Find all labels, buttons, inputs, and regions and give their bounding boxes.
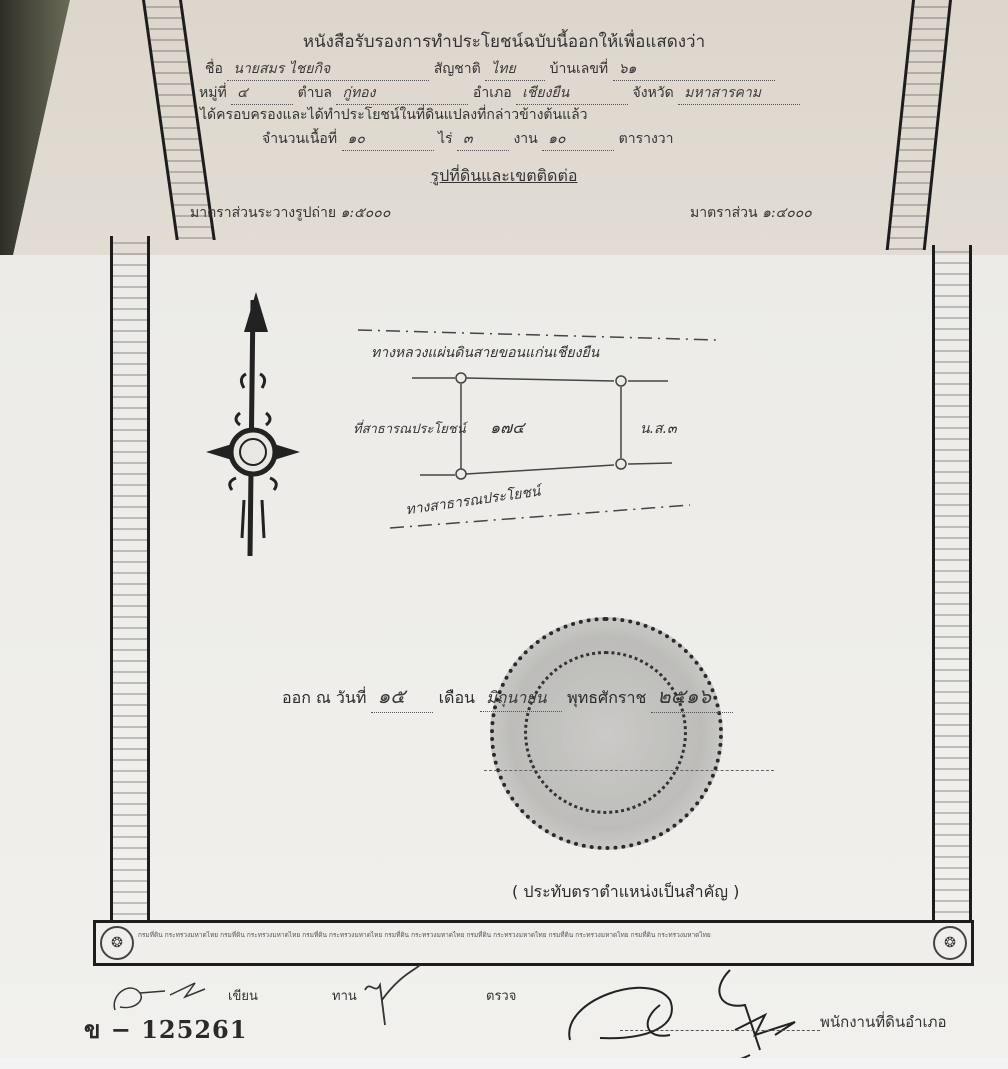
month-label: เดือน: [439, 688, 475, 707]
scale-photo-label: มาตราส่วนระวางรูปถ่าย: [190, 205, 336, 221]
garuda-seal-icon: ❂: [933, 926, 967, 960]
address-row: หมู่ที่ ๔ ตำบล กู่ทอง อำเภอ เชียงยืน จัง…: [199, 82, 800, 105]
moo-value: ๔: [231, 82, 293, 105]
possession-text: ได้ครอบครองและได้ทำประโยชน์ในที่ดินแปลงท…: [200, 104, 588, 126]
house-no-label: บ้านเลขที่: [550, 61, 608, 77]
tambon-value: กู่ทอง: [336, 82, 468, 105]
security-text: กรมที่ดิน กระทรวงมหาดไทย กรมที่ดิน กระทร…: [138, 929, 929, 942]
name-label: ชื่อ: [205, 61, 223, 77]
document-serial-number: ข − 125261: [84, 1010, 247, 1049]
officer-signature-icon: [560, 960, 830, 1069]
day-value: ๑๕: [371, 680, 433, 713]
province-value: มหาสารคาม: [678, 82, 800, 105]
official-seal-stamp: [490, 617, 723, 850]
owner-row: ชื่อ นายสมร ไชยกิจ สัญชาติ ไทย บ้านเลขที…: [205, 58, 775, 81]
rai-label: ไร่: [438, 131, 453, 147]
scale-photo-value: ๑:๕๐๐๐: [341, 205, 391, 221]
rai-value: ๑๐: [342, 128, 434, 151]
nationality-label: สัญชาติ: [434, 61, 481, 77]
document-heading: หนังสือรับรองการทำประโยชน์ฉบับนี้ออกให้เ…: [0, 28, 1008, 55]
writer-signature-icon: [110, 975, 210, 1015]
garuda-seal-icon: ❂: [100, 926, 134, 960]
ngan-label: งาน: [513, 131, 537, 147]
map-title: รูปที่ดินและเขตติดต่อ: [0, 164, 1008, 189]
wa-value: ๑๐: [542, 128, 614, 151]
amphoe-label: อำเภอ: [473, 85, 512, 101]
tambon-label: ตำบล: [298, 85, 332, 101]
signature-line: [484, 770, 774, 771]
checker-label: ทาน: [332, 985, 357, 1006]
scale-label: มาตราส่วน: [690, 205, 758, 221]
security-border-left: [110, 236, 150, 926]
officer-title: พนักงานที่ดินอำเภอ: [820, 1010, 947, 1034]
province-label: จังหวัด: [633, 85, 674, 101]
scale-photo: มาตราส่วนระวางรูปถ่าย ๑:๕๐๐๐: [190, 202, 390, 224]
moo-label: หมู่ที่: [199, 85, 227, 101]
amphoe-value: เชียงยืน: [516, 82, 628, 105]
security-border-bottom: ❂ กรมที่ดิน กระทรวงมหาดไทย กรมที่ดิน กระ…: [93, 920, 974, 966]
issuance-row: ออก ณ วันที่ ๑๕ เดือน มิถุนายน พุทธศักรา…: [282, 680, 733, 713]
border-line: [132, 920, 935, 923]
parcel-number: ๑๗๔: [490, 416, 524, 441]
security-border-right: [932, 245, 972, 925]
nationality-value: ไทย: [485, 58, 545, 81]
ngan-value: ๓: [457, 128, 509, 151]
west-boundary-label: ที่สาธารณประโยชน์: [353, 418, 466, 439]
north-road-label: ทางหลวงแผ่นดินสายขอนแก่นเชียงยืน: [371, 342, 599, 364]
issued-label: ออก ณ วันที่: [282, 688, 366, 707]
officer-signature-line: [620, 1030, 820, 1031]
name-value: นายสมร ไชยกิจ: [227, 58, 429, 81]
checker-signature-icon: [360, 965, 430, 1035]
area-row: จำนวนเนื้อที่ ๑๐ ไร่ ๓ งาน ๑๐ ตารางวา: [262, 128, 674, 151]
bottom-edge: [0, 1058, 1008, 1069]
scale-value: ๑:๔๐๐๐: [762, 205, 812, 221]
year-label: พุทธศักราช: [567, 688, 646, 707]
scale: มาตราส่วน ๑:๔๐๐๐: [690, 202, 812, 224]
writer-label: เขียน: [228, 985, 258, 1006]
year-value: ๒๕๑๖: [651, 680, 733, 713]
verifier-label: ตรวจ: [486, 985, 516, 1006]
area-label: จำนวนเนื้อที่: [262, 131, 337, 147]
seal-inner-ring: [524, 651, 687, 814]
wa-label: ตารางวา: [619, 131, 674, 147]
stamp-caption: ( ประทับตราตำแหน่งเป็นสำคัญ ): [512, 880, 739, 905]
east-boundary-label: น.ส.๓: [640, 418, 677, 440]
month-value: มิถุนายน: [480, 686, 562, 712]
house-no-value: ๖๑: [613, 58, 775, 81]
